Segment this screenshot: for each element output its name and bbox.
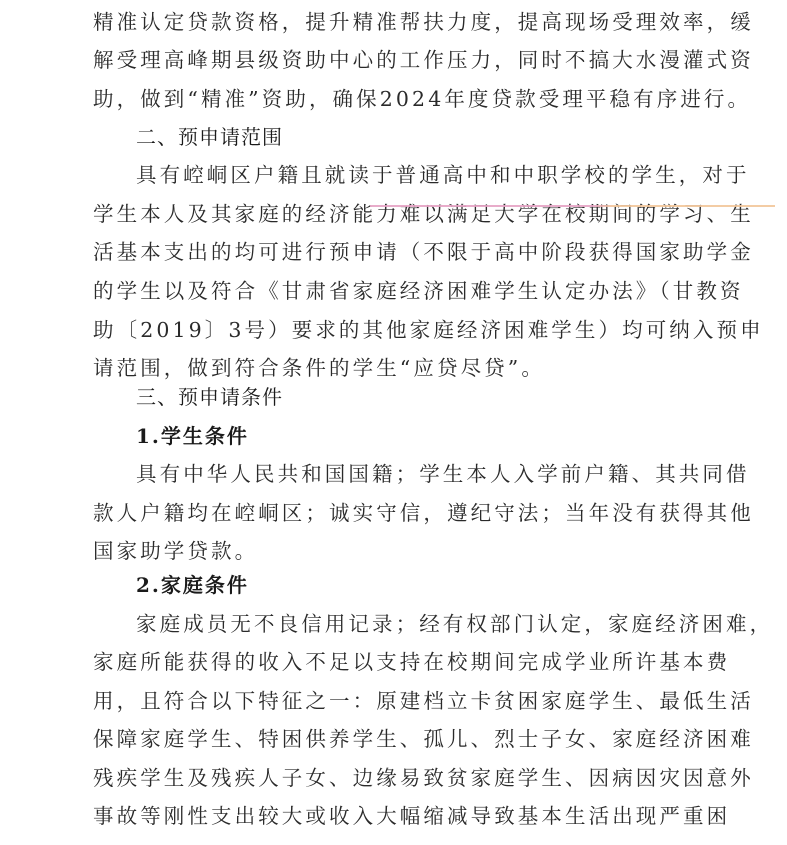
paragraph-line: 家庭成员无不良信用记录；经有权部门认定，家庭经济困难， <box>136 614 773 635</box>
paragraph-line: 保障家庭学生、特困供养学生、孤儿、烈士子女、家庭经济困难 <box>93 729 754 750</box>
paragraph-line: 家庭所能获得的收入不足以支持在校期间完成学业所许基本费 <box>93 652 730 673</box>
annotation-stroke <box>370 205 775 207</box>
paragraph-line: 具有中华人民共和国国籍；学生本人入学前户籍、其共同借 <box>136 464 750 485</box>
paragraph-line: 请范围，做到符合条件的学生“应贷尽贷”。 <box>93 358 545 379</box>
paragraph-line: 精准认定贷款资格，提升精准帮扶力度，提高现场受理效率，缓 <box>93 12 754 33</box>
paragraph-line: 的学生以及符合《甘肃省家庭经济困难学生认定办法》（甘教资 <box>93 281 744 302</box>
paragraph-line: 学生本人及其家庭的经济能力难以满足大学在校期间的学习、生 <box>93 204 754 225</box>
subsection-heading-student: 1.学生条件 <box>136 426 249 446</box>
paragraph-line: 用，且符合以下特征之一：原建档立卡贫困家庭学生、最低生活 <box>93 691 754 712</box>
paragraph-line: 具有崆峒区户籍且就读于普通高中和中职学校的学生，对于 <box>136 165 750 186</box>
paragraph-line: 助，做到“精准”资助，确保2024年度贷款受理平稳有序进行。 <box>93 89 751 110</box>
subsection-heading-family: 2.家庭条件 <box>136 575 249 595</box>
section-heading-scope: 二、预申请范围 <box>136 127 283 147</box>
paragraph-line: 事故等刚性支出较大或收入大幅缩减导致基本生活出现严重困 <box>93 806 730 827</box>
paragraph-line: 款人户籍均在崆峒区；诚实守信，遵纪守法；当年没有获得其他 <box>93 503 754 524</box>
paragraph-line: 助〔2019〕3号）要求的其他家庭经济困难学生）均可纳入预申 <box>93 320 764 341</box>
paragraph-line: 解受理高峰期县级资助中心的工作压力，同时不搞大水漫灌式资 <box>93 50 754 71</box>
document-page: 精准认定贷款资格，提升精准帮扶力度，提高现场受理效率，缓 解受理高峰期县级资助中… <box>0 0 787 845</box>
paragraph-line: 活基本支出的均可进行预申请（不限于高中阶段获得国家助学金 <box>93 242 754 263</box>
section-heading-conditions: 三、预申请条件 <box>136 387 283 407</box>
paragraph-line: 残疾学生及残疾人子女、边缘易致贫家庭学生、因病因灾因意外 <box>93 768 754 789</box>
paragraph-line: 国家助学贷款。 <box>93 541 258 562</box>
